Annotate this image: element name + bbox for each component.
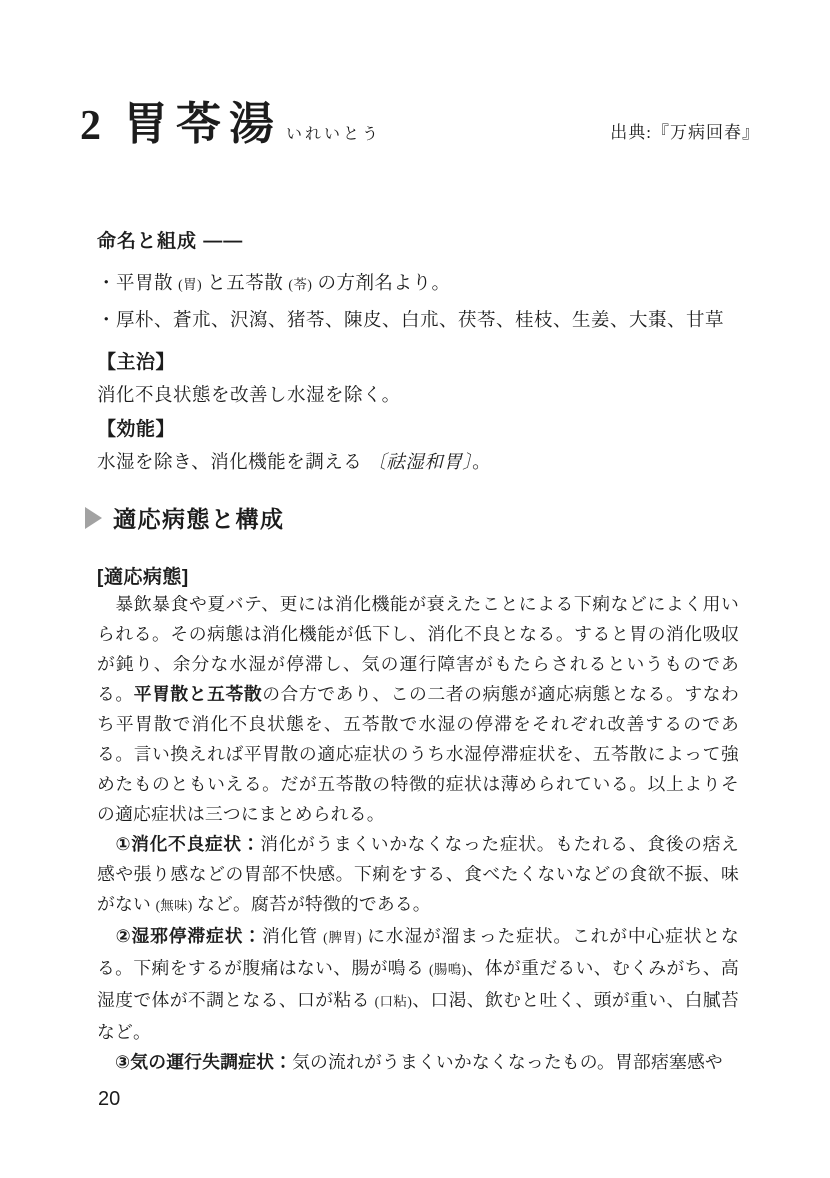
text-run xyxy=(97,1052,115,1072)
body-paragraph: ①消化不良症状：消化がうまくいかなくなった症状。もたれる、食後の痞え感や張り感な… xyxy=(97,829,739,921)
text-run: の方剤名より。 xyxy=(312,274,450,294)
chapter-number: 2 xyxy=(80,105,101,147)
indications-block: 【主治】 消化不良状態を改善し水湿を除く。 【効能】 水湿を除き、消化機能を調え… xyxy=(97,346,739,480)
chapter-header: 2 胃苓湯 いれいとう 出典:『万病回春』 xyxy=(80,102,760,147)
text-run: 平胃散と五苓散 xyxy=(134,684,262,704)
composition-heading: 命名と組成 —— xyxy=(97,226,739,253)
text-run: など。腐苔が特徴的である。 xyxy=(192,894,430,914)
section-title: 適応病態と構成 xyxy=(113,501,285,534)
body-paragraph: ③気の運行失調症状：気の流れがうまくいかなくなったもの。胃部痞塞感や xyxy=(97,1047,739,1077)
composition-item-naming: ・平胃散 (胃) と五苓散 (苓) の方剤名より。 xyxy=(97,266,739,303)
text-run: (脾胃) xyxy=(323,930,362,945)
text-run xyxy=(97,834,115,854)
body-paragraph: ②湿邪停滞症状：消化管 (脾胃) に水湿が溜まった症状。これが中心症状となる。下… xyxy=(97,921,739,1047)
main-indication-label: 【主治】 xyxy=(97,346,739,380)
subsection-heading: [適応病態] xyxy=(97,562,189,589)
text-run: ①消化不良症状： xyxy=(115,834,260,854)
body-paragraph: 暴飲暴食や夏バテ、更には消化機能が衰えたことによる下痢などによく用いられる。その… xyxy=(97,589,739,829)
text-run: の合方であり、この二者の病態が適応病態となる。すなわち平胃散で消化不良状態を、五… xyxy=(97,684,739,824)
main-indication-text: 消化不良状態を改善し水湿を除く。 xyxy=(97,380,739,413)
title-reading: いれいとう xyxy=(286,121,381,144)
text-run xyxy=(97,926,116,946)
text-run: 消化管 xyxy=(262,926,323,946)
text-run: ・厚朴、蒼朮、沢瀉、猪苓、陳皮、白朮、茯苓、桂枝、生姜、大棗、甘草 xyxy=(97,311,724,331)
efficacy-label: 【効能】 xyxy=(97,413,739,447)
page-title: 胃苓湯 xyxy=(123,102,282,147)
source-citation: 出典:『万病回春』 xyxy=(610,118,760,143)
text-run: と五苓散 xyxy=(202,274,288,294)
text-run: (胃) xyxy=(178,277,202,292)
text-run: 。 xyxy=(472,453,491,473)
text-run: (苓) xyxy=(288,277,312,292)
text-run: ③気の運行失調症状： xyxy=(115,1052,292,1072)
composition-item-herbs: ・厚朴、蒼朮、沢瀉、猪苓、陳皮、白朮、茯苓、桂枝、生姜、大棗、甘草 xyxy=(97,303,739,339)
text-run: ②湿邪停滞症状： xyxy=(116,926,262,946)
composition-block: 命名と組成 —— ・平胃散 (胃) と五苓散 (苓) の方剤名より。 ・厚朴、蒼… xyxy=(97,226,739,339)
efficacy-text: 水湿を除き、消化機能を調える 〔祛湿和胃〕。 xyxy=(97,447,739,480)
text-run: (腸鳴) xyxy=(429,962,466,977)
text-run: 気の流れがうまくいかなくなったもの。胃部痞塞感や xyxy=(292,1052,723,1072)
book-page: 2 胃苓湯 いれいとう 出典:『万病回春』 命名と組成 —— ・平胃散 (胃) … xyxy=(0,0,830,1178)
text-run: ・平胃散 xyxy=(97,274,178,294)
text-run: 〔祛湿和胃〕 xyxy=(367,453,472,473)
page-number: 20 xyxy=(98,1088,120,1111)
section-header: 適応病態と構成 xyxy=(85,501,285,534)
text-run: (無味) xyxy=(156,898,193,913)
body-paragraphs: 暴飲暴食や夏バテ、更には消化機能が衰えたことによる下痢などによく用いられる。その… xyxy=(97,589,739,1077)
text-run: 水湿を除き、消化機能を調える xyxy=(97,453,367,473)
text-run: (口粘) xyxy=(375,994,412,1009)
triangle-marker-icon xyxy=(85,507,102,529)
